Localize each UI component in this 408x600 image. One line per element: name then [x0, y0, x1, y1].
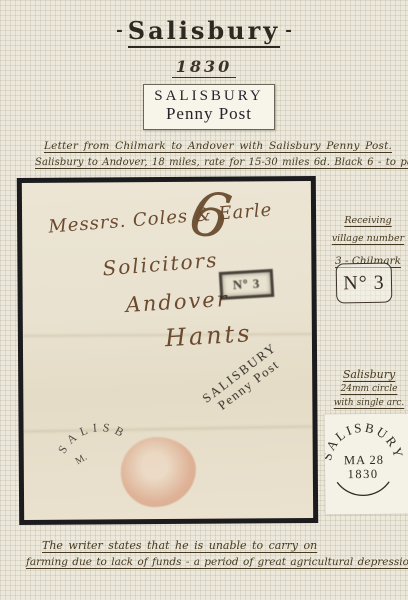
- address-town: Andover: [125, 287, 229, 317]
- title-dash-right: -: [285, 20, 292, 39]
- description-line-1: Letter from Chilmark to Andover with Sal…: [44, 140, 392, 152]
- receiving-note-line1: Receiving: [344, 215, 391, 226]
- page-header: -Salisbury-: [0, 16, 408, 48]
- receiving-house-handstamp: Nº 3: [219, 269, 275, 300]
- label-town: SALISBURY: [144, 88, 274, 105]
- penny-post-label: SALISBURY Penny Post: [143, 84, 275, 130]
- receiving-note-line2: village number: [332, 233, 404, 244]
- album-page: -Salisbury- 1830 SALISBURY Penny Post Le…: [0, 0, 408, 600]
- label-service: Penny Post: [144, 104, 274, 124]
- datestamp-drawing: SALISBURY MA 28 1830: [325, 414, 408, 515]
- svg-text:SALISB: SALISB: [51, 413, 133, 458]
- number-3-drawing: N° 3: [336, 263, 393, 304]
- datestamp-drawing-label: SALISBURY MA 28 1830: [325, 414, 408, 515]
- wax-seal: [121, 437, 196, 508]
- address-county: Hants: [164, 319, 253, 352]
- arc-handstamp-partial-text: M.: [74, 452, 89, 467]
- footnote-line-2: farming due to lack of funds - a period …: [26, 556, 408, 568]
- datestamp-note: Salisbury 24mm circle with single arc.: [330, 368, 408, 409]
- arc-handstamp-text: SALISB: [51, 413, 133, 458]
- datestamp-note-size: 24mm circle: [341, 384, 398, 394]
- datestamp-year-text: 1830: [348, 467, 379, 481]
- datestamp-single-arc: [337, 482, 389, 496]
- postal-cover-mount: 6 Messrs. Coles & Earle Solicitors Andov…: [17, 176, 318, 525]
- address-occupation: Solicitors: [102, 248, 220, 281]
- footnote-line-1: The writer states that he is unable to c…: [42, 539, 317, 552]
- datestamp-date-text: MA 28: [344, 453, 384, 467]
- title-dash-left: -: [116, 20, 123, 39]
- page-title: Salisbury: [128, 16, 280, 48]
- datestamp-note-type: with single arc.: [334, 398, 405, 408]
- postal-cover: 6 Messrs. Coles & Earle Solicitors Andov…: [22, 181, 313, 520]
- year-text: 1830: [172, 57, 237, 78]
- receiving-number-note: Receiving village number 3 - Chilmark: [329, 210, 407, 269]
- year-heading: 1830: [0, 57, 408, 76]
- description-line-2: Salisbury to Andover, 18 miles, rate for…: [35, 157, 408, 168]
- datestamp-note-town: Salisbury: [343, 368, 395, 381]
